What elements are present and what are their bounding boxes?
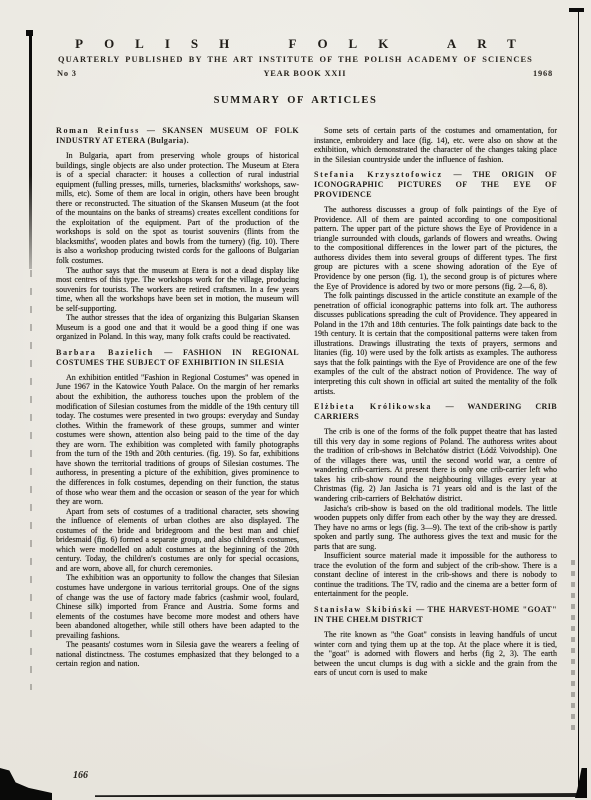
summary-paragraph: Some sets of certain parts of the costum… <box>314 126 557 164</box>
summary-paragraph: The folk paintings discussed in the arti… <box>314 291 557 396</box>
summary-paragraph: The author says that the museum at Etera… <box>56 266 299 314</box>
article-heading: Stanisław Skibiński — THE HARVEST-HOME "… <box>314 605 557 625</box>
article-author: Elżbieta Królikowska <box>314 402 432 411</box>
article-columns: Roman Reinfuss — SKANSEN MUSEUM OF FOLK … <box>0 106 591 754</box>
summary-paragraph: An exhibition entitled "Fashion in Regio… <box>56 373 299 507</box>
text-column-left: Roman Reinfuss — SKANSEN MUSEUM OF FOLK … <box>56 126 299 754</box>
article-heading: Stefania Krzysztofowicz — THE ORIGIN OF … <box>314 170 557 200</box>
article-author: Barbara Bazielich <box>56 348 154 357</box>
section-heading: SUMMARY OF ARTICLES <box>0 95 591 106</box>
issue-row: No 3 YEAR BOOK XXII 1968 <box>0 64 591 78</box>
text-column-right: Some sets of certain parts of the costum… <box>314 126 557 754</box>
page-number: 166 <box>73 770 88 781</box>
scan-shadow-bottom-right-corner <box>575 768 587 798</box>
article-author: Roman Reinfuss <box>56 126 140 135</box>
publication-year: 1968 <box>533 69 553 78</box>
article-author: Stanisław Skibiński <box>314 605 413 614</box>
issue-number: No 3 <box>57 69 77 78</box>
journal-header: POLISH FOLK ART QUARTERLY PUBLISHED BY T… <box>0 0 591 106</box>
summary-paragraph: The authoress discusses a group of folk … <box>314 205 557 291</box>
journal-subtitle: QUARTERLY PUBLISHED BY THE ART INSTITUTE… <box>0 55 591 64</box>
yearbook-label: YEAR BOOK XXII <box>263 69 346 78</box>
scanned-journal-page: POLISH FOLK ART QUARTERLY PUBLISHED BY T… <box>0 0 591 800</box>
article-heading: Elżbieta Królikowska — WANDERING CRIB CA… <box>314 402 557 422</box>
article-author: Stefania Krzysztofowicz <box>314 170 443 179</box>
scan-shadow-bottom-band <box>95 793 583 797</box>
article-heading: Barbara Bazielich — FASHION IN REGIONAL … <box>56 348 299 368</box>
summary-paragraph: Apart from sets of costumes of a traditi… <box>56 507 299 574</box>
summary-paragraph: The exhibition was an opportunity to fol… <box>56 573 299 640</box>
journal-title: POLISH FOLK ART <box>0 36 591 52</box>
summary-paragraph: The rite known as "the Goat" consists in… <box>314 630 557 678</box>
scan-shadow-bottom-left-corner <box>0 768 52 800</box>
summary-paragraph: In Bulgaria, apart from preserving whole… <box>56 151 299 266</box>
summary-paragraph: Jasicha's crib-show is based on the old … <box>314 504 557 552</box>
summary-paragraph: The peasants' costumes worn in Silesia g… <box>56 640 299 669</box>
summary-paragraph: The crib is one of the forms of the folk… <box>314 427 557 503</box>
article-heading: Roman Reinfuss — SKANSEN MUSEUM OF FOLK … <box>56 126 299 146</box>
summary-paragraph: The author stresses that the idea of org… <box>56 313 299 342</box>
summary-paragraph: Insufficient source material made it imp… <box>314 551 557 599</box>
